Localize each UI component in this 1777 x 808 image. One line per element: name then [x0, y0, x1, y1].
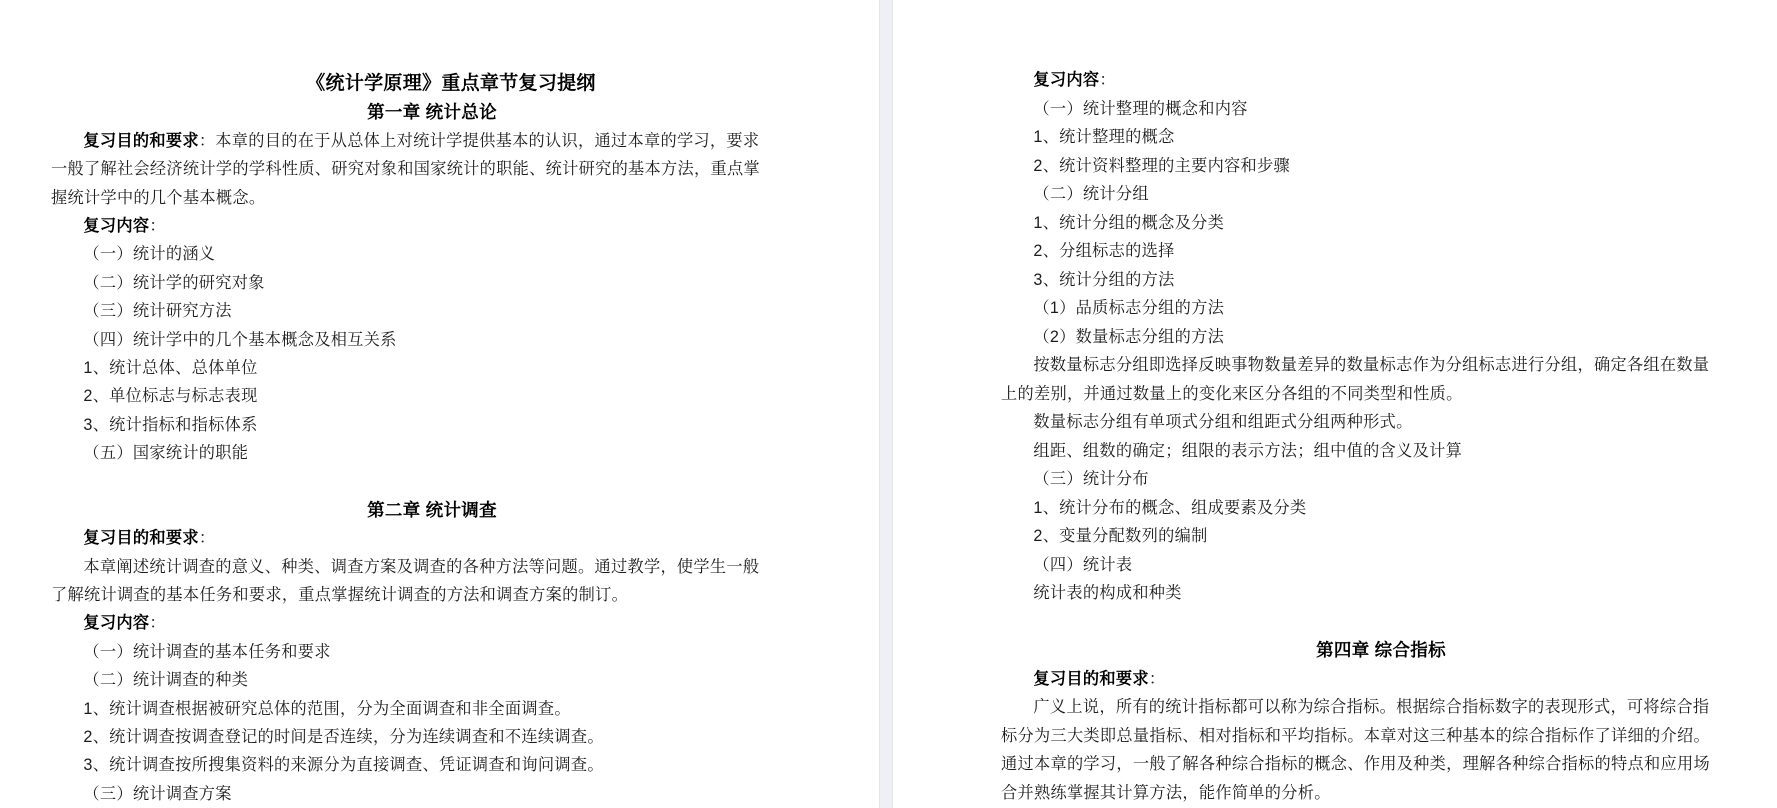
- bold-label: 复习内容: [1033, 71, 1099, 89]
- text-run: ：: [149, 614, 166, 632]
- text-line: 复习内容：: [51, 212, 775, 240]
- text-line: （2）数量标志分组的方法: [1001, 323, 1723, 352]
- bold-label: 复习内容: [83, 614, 149, 632]
- bold-label: 复习目的和要求: [83, 132, 198, 150]
- text-line: 1、统计整理的概念: [1001, 123, 1723, 152]
- text-line: 统计表的构成和种类: [1001, 579, 1723, 608]
- page-right-text-column: 复习内容：（一）统计整理的概念和内容1、统计整理的概念2、统计资料整理的主要内容…: [1001, 66, 1723, 807]
- chapter-heading: 第一章 统计总论: [51, 98, 775, 126]
- page-left-text-column: 《统计学原理》重点章节复习提纲第一章 统计总论复习目的和要求：本章的目的在于从总…: [51, 70, 775, 808]
- page-right: 复习内容：（一）统计整理的概念和内容1、统计整理的概念2、统计资料整理的主要内容…: [893, 0, 1777, 808]
- text-line: 组距、组数的确定；组限的表示方法；组中值的含义及计算: [1001, 437, 1723, 466]
- page-left: 《统计学原理》重点章节复习提纲第一章 统计总论复习目的和要求：本章的目的在于从总…: [0, 0, 879, 808]
- text-line: 2、变量分配数列的编制: [1001, 522, 1723, 551]
- text-line: （一）统计调查的基本任务和要求: [51, 638, 775, 666]
- bold-label: 复习目的和要求: [1033, 670, 1148, 688]
- chapter-heading: 第四章 综合指标: [1001, 636, 1723, 665]
- text-line: 复习内容：: [51, 609, 775, 637]
- document-viewer: 《统计学原理》重点章节复习提纲第一章 统计总论复习目的和要求：本章的目的在于从总…: [0, 0, 1777, 808]
- text-line: 数量标志分组有单项式分组和组距式分组两种形式。: [1001, 408, 1723, 437]
- text-line: 按数量标志分组即选择反映事物数量差异的数量标志作为分组标志进行分组，确定各组在数…: [1001, 351, 1723, 380]
- text-line: 合并熟练掌握其计算方法，能作简单的分析。: [1001, 779, 1723, 808]
- bold-label: 复习目的和要求: [83, 529, 198, 547]
- text-line: 握统计学中的几个基本概念。: [51, 184, 775, 212]
- bold-label: 复习内容: [83, 217, 149, 235]
- text-line: 一般了解社会经济统计学的学科性质、研究对象和国家统计的职能、统计研究的基本方法，…: [51, 155, 775, 183]
- text-line: （四）统计学中的几个基本概念及相互关系: [51, 326, 775, 354]
- text-line: （一）统计整理的概念和内容: [1001, 95, 1723, 124]
- text-line: （三）统计调查方案: [51, 780, 775, 808]
- text-line: （四）统计表: [1001, 551, 1723, 580]
- chapter-heading: 第二章 统计调查: [51, 496, 775, 524]
- text-line: 2、分组标志的选择: [1001, 237, 1723, 266]
- text-line: （1）品质标志分组的方法: [1001, 294, 1723, 323]
- text-run: ：本章的目的在于从总体上对统计学提供基本的认识，通过本章的学习，要求: [199, 132, 760, 150]
- text-line: 3、统计指标和指标体系: [51, 411, 775, 439]
- text-line: （二）统计分组: [1001, 180, 1723, 209]
- text-line: 标分为三大类即总量指标、相对指标和平均指标。本章对这三种基本的综合指标作了详细的…: [1001, 722, 1723, 751]
- text-line: 1、统计分布的概念、组成要素及分类: [1001, 494, 1723, 523]
- text-line: 复习目的和要求：本章的目的在于从总体上对统计学提供基本的认识，通过本章的学习，要…: [51, 127, 775, 155]
- text-line: 广义上说，所有的统计指标都可以称为综合指标。根据综合指标数字的表现形式，可将综合…: [1001, 693, 1723, 722]
- text-line: （三）统计研究方法: [51, 297, 775, 325]
- text-line: 上的差别，并通过数量上的变化来区分各组的不同类型和性质。: [1001, 380, 1723, 409]
- text-line: （一）统计的涵义: [51, 240, 775, 268]
- page-gap: [879, 0, 893, 808]
- text-run: ：: [149, 217, 166, 235]
- text-line: 1、统计分组的概念及分类: [1001, 209, 1723, 238]
- text-line: 1、统计调查根据被研究总体的范围，分为全面调查和非全面调查。: [51, 695, 775, 723]
- text-line: 2、统计资料整理的主要内容和步骤: [1001, 152, 1723, 181]
- text-line: 2、单位标志与标志表现: [51, 382, 775, 410]
- text-run: ：: [1099, 71, 1116, 89]
- text-line: 复习目的和要求：: [51, 524, 775, 552]
- text-line: 3、统计调查按所搜集资料的来源分为直接调查、凭证调查和询问调查。: [51, 751, 775, 779]
- text-line: 通过本章的学习，一般了解各种综合指标的概念、作用及种类，理解各种综合指标的特点和…: [1001, 750, 1723, 779]
- text-run: ：: [1149, 670, 1166, 688]
- text-line: 1、统计总体、总体单位: [51, 354, 775, 382]
- text-line: （二）统计学的研究对象: [51, 269, 775, 297]
- text-run: ：: [199, 529, 216, 547]
- text-line: （二）统计调查的种类: [51, 666, 775, 694]
- text-line: 复习目的和要求：: [1001, 665, 1723, 694]
- text-line: 了解统计调查的基本任务和要求，重点掌握统计调查的方法和调查方案的制订。: [51, 581, 775, 609]
- text-line: （五）国家统计的职能: [51, 439, 775, 467]
- text-line: 2、统计调查按调查登记的时间是否连续，分为连续调查和不连续调查。: [51, 723, 775, 751]
- text-line: 复习内容：: [1001, 66, 1723, 95]
- text-line: （三）统计分布: [1001, 465, 1723, 494]
- text-line: 3、统计分组的方法: [1001, 266, 1723, 295]
- text-line: 本章阐述统计调查的意义、种类、调查方案及调查的各种方法等问题。通过教学，使学生一…: [51, 553, 775, 581]
- document-title: 《统计学原理》重点章节复习提纲: [51, 70, 775, 98]
